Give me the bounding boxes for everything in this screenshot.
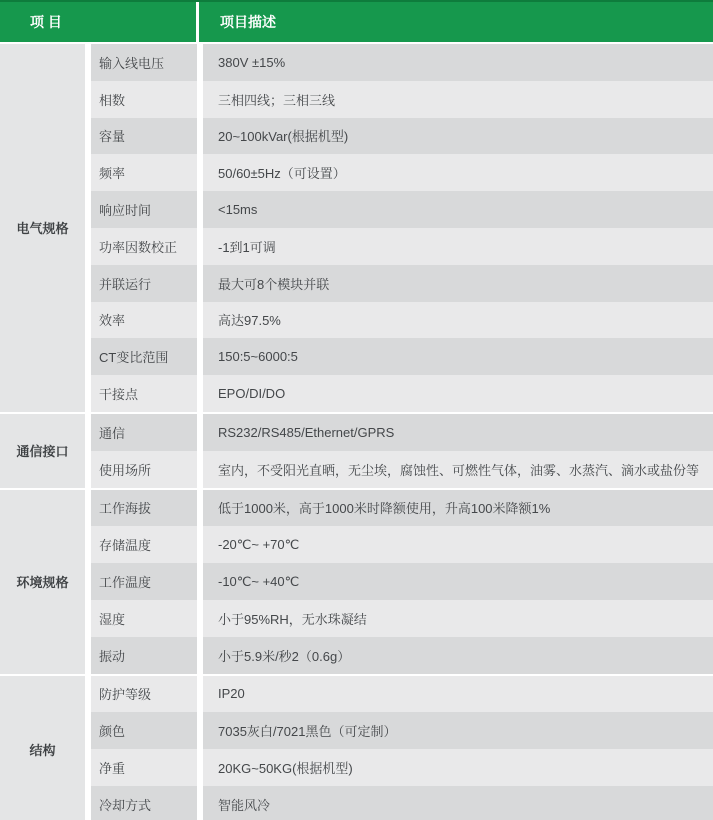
category-cell: 结构	[0, 676, 85, 820]
spec-label: 功率因数校正	[91, 228, 197, 265]
spec-value: 小于5.9米/秒2（0.6g）	[203, 637, 713, 674]
spec-label: CT变比范围	[91, 338, 197, 375]
spec-value: 智能风冷	[203, 786, 713, 820]
group-rows: 工作海拔低于1000米，高于1000米时降额使用，升高100米降额1%存储温度-…	[91, 490, 713, 674]
spec-label: 存储温度	[91, 526, 197, 563]
spec-label: 容量	[91, 118, 197, 155]
spec-row: 响应时间<15ms	[91, 191, 713, 228]
spec-group: 电气规格输入线电压380V ±15%相数三相四线；三相三线容量20~100kVa…	[0, 44, 713, 412]
spec-label: 效率	[91, 302, 197, 339]
group-rows: 防护等级IP20颜色7035灰白/7021黑色（可定制）净重20KG~50KG(…	[91, 676, 713, 820]
spec-label: 输入线电压	[91, 44, 197, 81]
spec-value: 室内，不受阳光直晒，无尘埃，腐蚀性、可燃性气体，油雾、水蒸汽、滴水或盐份等	[203, 451, 713, 488]
spec-value: 50/60±5Hz（可设置）	[203, 154, 713, 191]
spec-value: 低于1000米，高于1000米时降额使用，升高100米降额1%	[203, 490, 713, 527]
header-col-item: 项 目	[0, 2, 196, 42]
category-cell: 环境规格	[0, 490, 85, 674]
spec-value: 380V ±15%	[203, 44, 713, 81]
spec-label: 振动	[91, 637, 197, 674]
table-header: 项 目 项目描述	[0, 0, 713, 42]
spec-row: 工作温度-10℃~ +40℃	[91, 563, 713, 600]
spec-value: EPO/DI/DO	[203, 375, 713, 412]
spec-row: 输入线电压380V ±15%	[91, 44, 713, 81]
spec-value: 7035灰白/7021黑色（可定制）	[203, 712, 713, 749]
spec-value: IP20	[203, 676, 713, 713]
spec-label: 频率	[91, 154, 197, 191]
spec-row: 防护等级IP20	[91, 676, 713, 713]
spec-value: 最大可8个模块并联	[203, 265, 713, 302]
spec-row: 工作海拔低于1000米，高于1000米时降额使用，升高100米降额1%	[91, 490, 713, 527]
spec-table-body: 电气规格输入线电压380V ±15%相数三相四线；三相三线容量20~100kVa…	[0, 42, 713, 820]
group-rows: 输入线电压380V ±15%相数三相四线；三相三线容量20~100kVar(根据…	[91, 44, 713, 412]
spec-row: 冷却方式智能风冷	[91, 786, 713, 820]
spec-label: 使用场所	[91, 451, 197, 488]
spec-label: 净重	[91, 749, 197, 786]
spec-row: 通信RS232/RS485/Ethernet/GPRS	[91, 414, 713, 451]
spec-value: 高达97.5%	[203, 302, 713, 339]
spec-label: 并联运行	[91, 265, 197, 302]
spec-row: 使用场所室内，不受阳光直晒，无尘埃，腐蚀性、可燃性气体，油雾、水蒸汽、滴水或盐份…	[91, 451, 713, 488]
spec-row: 颜色7035灰白/7021黑色（可定制）	[91, 712, 713, 749]
spec-row: 效率高达97.5%	[91, 302, 713, 339]
spec-row: 容量20~100kVar(根据机型)	[91, 118, 713, 155]
spec-value: 20KG~50KG(根据机型)	[203, 749, 713, 786]
spec-row: CT变比范围150:5~6000:5	[91, 338, 713, 375]
spec-value: -20℃~ +70℃	[203, 526, 713, 563]
spec-value: -10℃~ +40℃	[203, 563, 713, 600]
spec-label: 湿度	[91, 600, 197, 637]
spec-row: 功率因数校正-1到1可调	[91, 228, 713, 265]
category-cell: 通信接口	[0, 414, 85, 488]
spec-value: 20~100kVar(根据机型)	[203, 118, 713, 155]
header-col-description: 项目描述	[199, 2, 713, 42]
spec-group: 结构防护等级IP20颜色7035灰白/7021黑色（可定制）净重20KG~50K…	[0, 676, 713, 820]
spec-value: -1到1可调	[203, 228, 713, 265]
spec-label: 颜色	[91, 712, 197, 749]
spec-row: 振动小于5.9米/秒2（0.6g）	[91, 637, 713, 674]
spec-row: 频率50/60±5Hz（可设置）	[91, 154, 713, 191]
spec-label: 防护等级	[91, 676, 197, 713]
spec-value: 小于95%RH，无水珠凝结	[203, 600, 713, 637]
spec-value: 三相四线；三相三线	[203, 81, 713, 118]
group-rows: 通信RS232/RS485/Ethernet/GPRS使用场所室内，不受阳光直晒…	[91, 414, 713, 488]
spec-value: <15ms	[203, 191, 713, 228]
spec-row: 净重20KG~50KG(根据机型)	[91, 749, 713, 786]
spec-row: 存储温度-20℃~ +70℃	[91, 526, 713, 563]
spec-label: 工作海拔	[91, 490, 197, 527]
category-cell: 电气规格	[0, 44, 85, 412]
spec-label: 通信	[91, 414, 197, 451]
spec-row: 并联运行最大可8个模块并联	[91, 265, 713, 302]
spec-label: 冷却方式	[91, 786, 197, 820]
spec-label: 响应时间	[91, 191, 197, 228]
spec-group: 通信接口通信RS232/RS485/Ethernet/GPRS使用场所室内，不受…	[0, 414, 713, 488]
spec-row: 湿度小于95%RH，无水珠凝结	[91, 600, 713, 637]
spec-label: 干接点	[91, 375, 197, 412]
spec-row: 相数三相四线；三相三线	[91, 81, 713, 118]
spec-row: 干接点EPO/DI/DO	[91, 375, 713, 412]
spec-table: 项 目 项目描述 电气规格输入线电压380V ±15%相数三相四线；三相三线容量…	[0, 0, 713, 820]
spec-label: 工作温度	[91, 563, 197, 600]
spec-value: RS232/RS485/Ethernet/GPRS	[203, 414, 713, 451]
spec-label: 相数	[91, 81, 197, 118]
spec-group: 环境规格工作海拔低于1000米，高于1000米时降额使用，升高100米降额1%存…	[0, 490, 713, 674]
spec-value: 150:5~6000:5	[203, 338, 713, 375]
